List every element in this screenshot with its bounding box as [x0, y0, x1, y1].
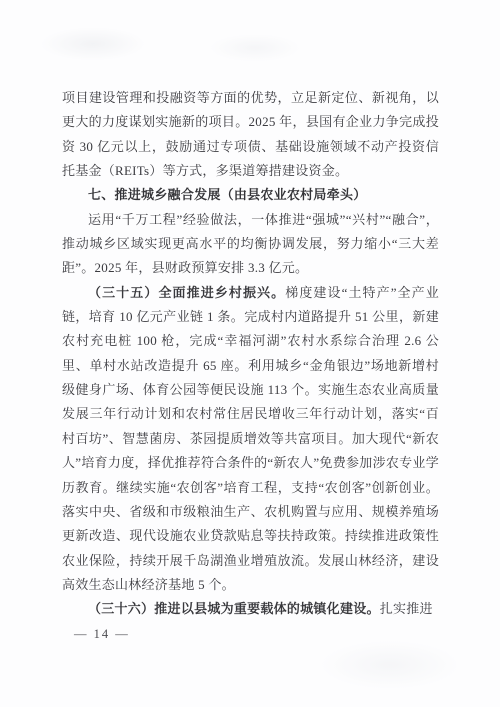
- item-36-lead: （三十六）推进以县城为重要载体的城镇化建设。: [88, 601, 380, 616]
- item-36-body: 扎实推进: [380, 601, 433, 616]
- scan-smudge: [190, 28, 320, 68]
- paragraph-item-35: （三十五）全面推进乡村振兴。梯度建设“土特产”全产业链，培育 10 亿元产业链 …: [62, 281, 439, 597]
- item-35-lead: （三十五）全面推进乡村振兴。: [88, 285, 285, 300]
- scan-smudge: [18, 20, 168, 68]
- item-35-body: 梯度建设“土特产”全产业链，培育 10 亿元产业链 1 条。完成村内道路提升 5…: [62, 285, 439, 592]
- paragraph-section-intro: 运用“千万工程”经验做法，一体推进“强城”“兴村”“融合”，推动城乡区域实现更高…: [62, 208, 439, 281]
- scan-smudge: [290, 630, 490, 700]
- page-number: — 14 —: [74, 627, 130, 642]
- text-block: 项目建设管理和投融资等方面的优势，立足新定位、新视角，以更大的力度谋划实施新的项…: [62, 86, 439, 622]
- document-page: 项目建设管理和投融资等方面的优势，立足新定位、新视角，以更大的力度谋划实施新的项…: [0, 0, 500, 707]
- section-heading: 七、推进城乡融合发展（由县农业农村局牵头）: [62, 183, 439, 207]
- paragraph-continuation: 项目建设管理和投融资等方面的优势，立足新定位、新视角，以更大的力度谋划实施新的项…: [62, 86, 439, 183]
- paragraph-item-36: （三十六）推进以县城为重要载体的城镇化建设。扎实推进: [62, 597, 439, 621]
